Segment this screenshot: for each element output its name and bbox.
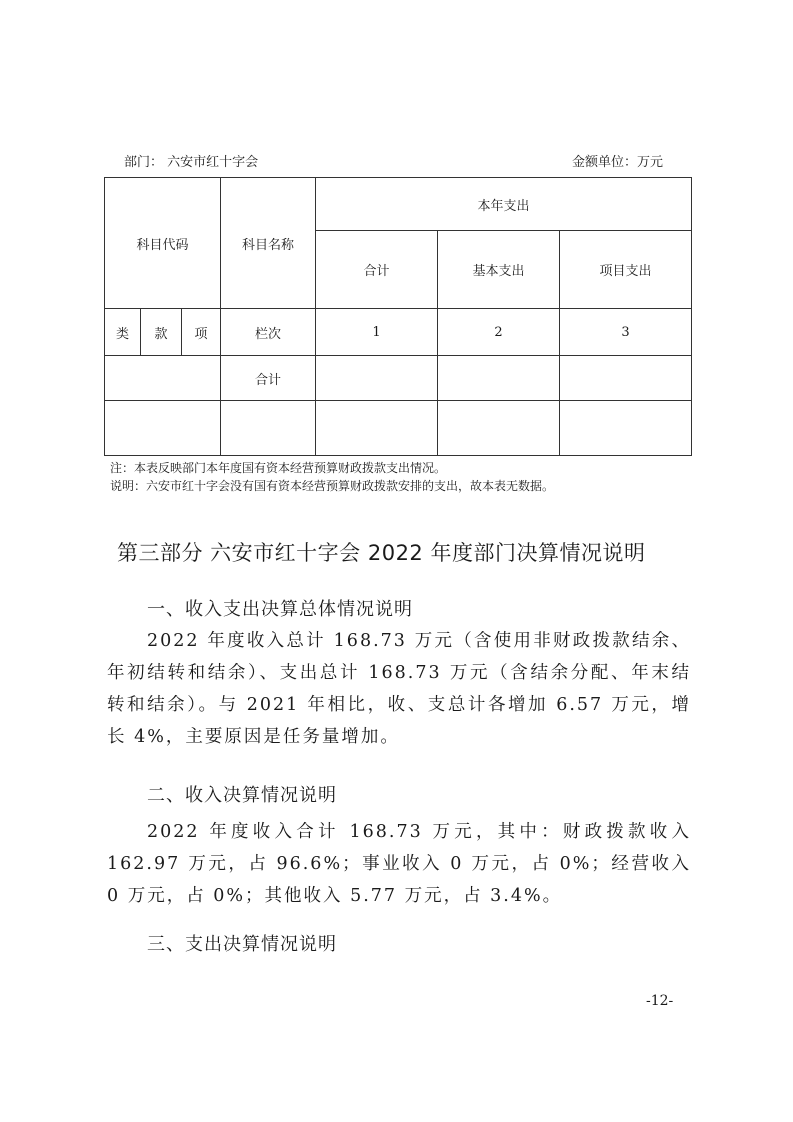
header-code: 科目代码 bbox=[105, 178, 221, 309]
header-total: 合计 bbox=[316, 231, 438, 309]
total-value-2 bbox=[438, 356, 560, 401]
heading-overall: 一、收入支出决算总体情况说明 bbox=[147, 595, 413, 621]
empty-code-cell bbox=[105, 401, 221, 456]
total-label: 合计 bbox=[221, 356, 316, 401]
index-kuan: 款 bbox=[141, 309, 182, 356]
total-value-3 bbox=[560, 356, 692, 401]
empty-name-cell bbox=[221, 401, 316, 456]
index-num-3: 3 bbox=[560, 309, 692, 356]
total-code-cell bbox=[105, 356, 221, 401]
department-label: 部门： 六安市红十字会 bbox=[124, 151, 258, 170]
empty-cell-3 bbox=[560, 401, 692, 456]
header-project: 项目支出 bbox=[560, 231, 692, 309]
empty-cell-1 bbox=[316, 401, 438, 456]
paragraph-overall: 2022 年度收入总计 168.73 万元（含使用非财政拨款结余、年初结转和结余… bbox=[107, 625, 691, 753]
index-label: 栏次 bbox=[221, 309, 316, 356]
section-title: 第三部分 六安市红十字会 2022 年度部门决算情况说明 bbox=[117, 537, 645, 567]
total-value-1 bbox=[316, 356, 438, 401]
table-note: 注：本表反映部门本年度国有资本经营预算财政拨款支出情况。 bbox=[110, 459, 446, 476]
paragraph-income: 2022 年度收入合计 168.73 万元，其中：财政拨款收入 162.97 万… bbox=[107, 816, 691, 912]
header-basic: 基本支出 bbox=[438, 231, 560, 309]
index-num-1: 1 bbox=[316, 309, 438, 356]
table-explanation: 说明：六安市红十字会没有国有资本经营预算财政拨款安排的支出，故本表无数据。 bbox=[110, 477, 554, 494]
page-number: -12- bbox=[646, 993, 673, 1009]
index-num-2: 2 bbox=[438, 309, 560, 356]
empty-cell-2 bbox=[438, 401, 560, 456]
index-xiang: 项 bbox=[182, 309, 221, 356]
index-lei: 类 bbox=[105, 309, 141, 356]
paragraph-overall-text: 2022 年度收入总计 168.73 万元（含使用非财政拨款结余、年初结转和结余… bbox=[107, 631, 691, 747]
heading-income: 二、收入决算情况说明 bbox=[147, 781, 337, 807]
unit-label: 金额单位：万元 bbox=[572, 151, 663, 170]
header-name: 科目名称 bbox=[221, 178, 316, 309]
heading-expenditure: 三、支出决算情况说明 bbox=[147, 930, 337, 956]
paragraph-income-text: 2022 年度收入合计 168.73 万元，其中：财政拨款收入 162.97 万… bbox=[107, 822, 691, 906]
header-group: 本年支出 bbox=[316, 178, 692, 231]
expenditure-table: 科目代码 科目名称 本年支出 合计 基本支出 项目支出 类 款 项 栏次 1 2… bbox=[104, 177, 692, 456]
